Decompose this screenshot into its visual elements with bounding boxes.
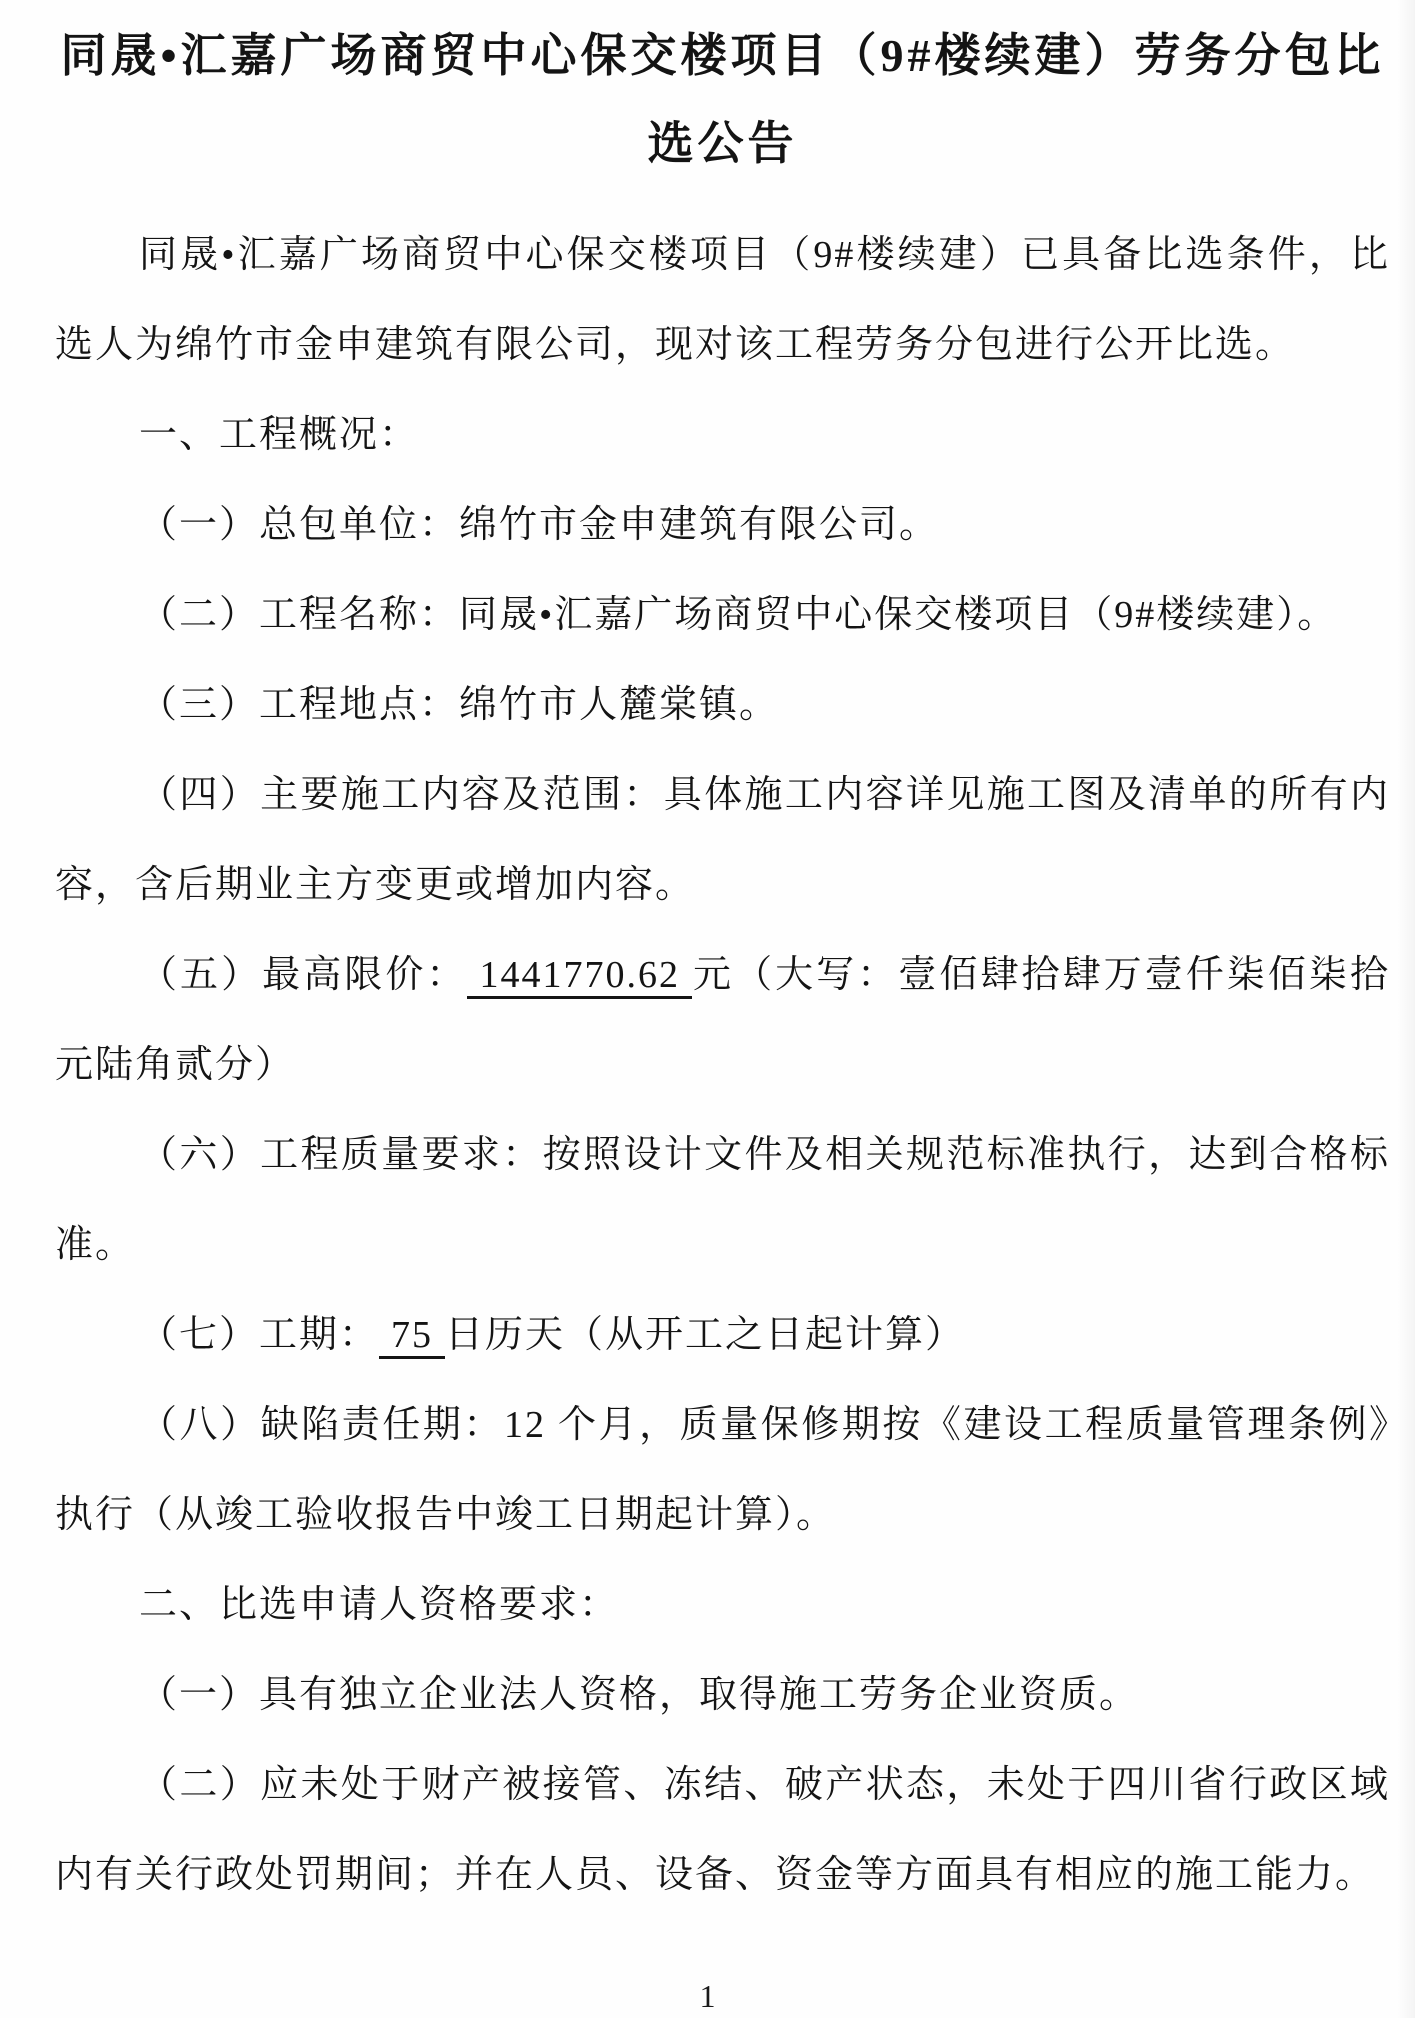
title-line-1: 同晟•汇嘉广场商贸中心保交楼项目（9#楼续建）劳务分包比 [55, 12, 1390, 100]
section-1-item-3: （三）工程地点：绵竹市人麓棠镇。 [55, 660, 1390, 750]
document-body: 同晟•汇嘉广场商贸中心保交楼项目（9#楼续建）已具备比选条件，比选人为绵竹市金申… [55, 210, 1390, 1920]
text-segment: 同晟•汇嘉广场商贸中心保交楼项目（9#楼续建）已具备比选条件，比选人为绵竹市金申… [55, 234, 1390, 366]
text-segment: （五）最高限价： [139, 954, 467, 996]
text-segment: （七）工期： [139, 1314, 379, 1356]
section-1-item-5: （五）最高限价：1441770.62元（大写：壹佰肆拾肆万壹仟柒佰柒拾元陆角贰分… [55, 930, 1390, 1110]
text-segment: （二）工程名称：同晟•汇嘉广场商贸中心保交楼项目（9#楼续建）。 [139, 594, 1337, 636]
text-segment: （六）工程质量要求：按照设计文件及相关规范标准执行，达到合格标准。 [55, 1134, 1390, 1266]
text-segment: （二）应未处于财产被接管、冻结、破产状态，未处于四川省行政区域内有关行政处罚期间… [55, 1764, 1390, 1896]
section-1-item-1: （一）总包单位：绵竹市金申建筑有限公司。 [55, 480, 1390, 570]
text-segment: （一）具有独立企业法人资格，取得施工劳务企业资质。 [139, 1674, 1139, 1716]
document-page: 同晟•汇嘉广场商贸中心保交楼项目（9#楼续建）劳务分包比 选公告 同晟•汇嘉广场… [0, 0, 1415, 2018]
section-1-item-6: （六）工程质量要求：按照设计文件及相关规范标准执行，达到合格标准。 [55, 1110, 1390, 1290]
text-segment: （四）主要施工内容及范围：具体施工内容详见施工图及清单的所有内容，含后期业主方变… [55, 774, 1390, 906]
section-1-item-4: （四）主要施工内容及范围：具体施工内容详见施工图及清单的所有内容，含后期业主方变… [55, 750, 1390, 930]
underlined-value: 75 [379, 1314, 445, 1359]
text-segment: （三）工程地点：绵竹市人麓棠镇。 [139, 684, 779, 726]
section-2-heading: 二、比选申请人资格要求： [55, 1560, 1390, 1650]
section-1-item-7: （七）工期：75日历天（从开工之日起计算） [55, 1290, 1390, 1380]
text-segment: 二、比选申请人资格要求： [139, 1584, 619, 1626]
page-number: 1 [0, 1978, 1415, 2014]
document-title: 同晟•汇嘉广场商贸中心保交楼项目（9#楼续建）劳务分包比 选公告 [55, 12, 1390, 188]
section-1-item-2: （二）工程名称：同晟•汇嘉广场商贸中心保交楼项目（9#楼续建）。 [55, 570, 1390, 660]
intro-paragraph: 同晟•汇嘉广场商贸中心保交楼项目（9#楼续建）已具备比选条件，比选人为绵竹市金申… [55, 210, 1390, 390]
section-1-heading: 一、工程概况： [55, 390, 1390, 480]
underlined-value: 1441770.62 [467, 954, 692, 999]
text-segment: （八）缺陷责任期：12 个月，质量保修期按《建设工程质量管理条例》执行（从竣工验… [55, 1404, 1390, 1536]
section-2-item-2: （二）应未处于财产被接管、冻结、破产状态，未处于四川省行政区域内有关行政处罚期间… [55, 1740, 1390, 1920]
text-segment: 日历天（从开工之日起计算） [445, 1314, 965, 1356]
section-2-item-1: （一）具有独立企业法人资格，取得施工劳务企业资质。 [55, 1650, 1390, 1740]
text-segment: （一）总包单位：绵竹市金申建筑有限公司。 [139, 504, 939, 546]
title-line-2: 选公告 [55, 100, 1390, 188]
text-segment: 一、工程概况： [139, 414, 419, 456]
section-1-item-8: （八）缺陷责任期：12 个月，质量保修期按《建设工程质量管理条例》执行（从竣工验… [55, 1380, 1390, 1560]
